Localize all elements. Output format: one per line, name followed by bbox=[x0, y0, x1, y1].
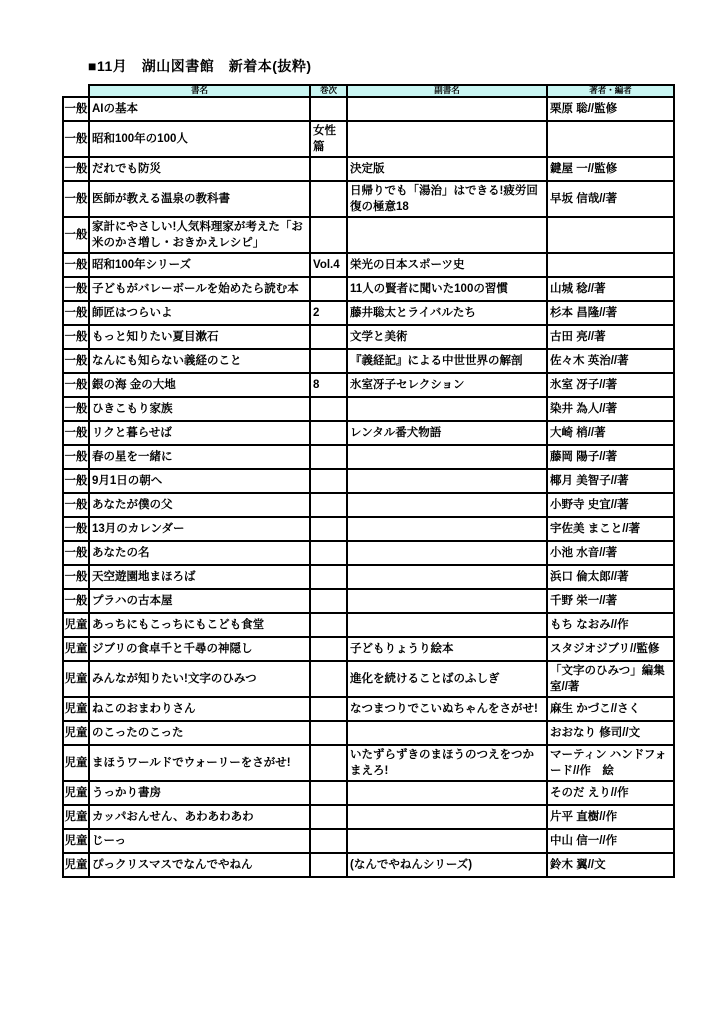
cell-title: まほうワールドでウォーリーをさがせ! bbox=[89, 745, 310, 781]
cell-category: 児童 bbox=[63, 697, 89, 721]
cell-category: 一般 bbox=[63, 349, 89, 373]
cell-title: AIの基本 bbox=[89, 97, 310, 121]
cell-subtitle bbox=[347, 217, 547, 253]
table-row: 一般もっと知りたい夏目漱石文学と美術古田 亮//著 bbox=[63, 325, 674, 349]
cell-volume bbox=[310, 277, 347, 301]
cell-subtitle bbox=[347, 397, 547, 421]
cell-volume: 女性篇 bbox=[310, 121, 347, 157]
table-row: 一般リクと暮らせばレンタル番犬物語大崎 梢//著 bbox=[63, 421, 674, 445]
table-row: 一般AIの基本栗原 聡//監修 bbox=[63, 97, 674, 121]
cell-author: 小池 水音//著 bbox=[547, 541, 674, 565]
cell-volume bbox=[310, 697, 347, 721]
cell-author bbox=[547, 121, 674, 157]
cell-category: 児童 bbox=[63, 721, 89, 745]
cell-category: 一般 bbox=[63, 373, 89, 397]
cell-category: 一般 bbox=[63, 157, 89, 181]
new-arrivals-table: 書名 巻次 副書名 著者・編者 一般AIの基本栗原 聡//監修一般昭和100年の… bbox=[62, 84, 675, 878]
cell-author: 藤岡 陽子//著 bbox=[547, 445, 674, 469]
cell-title: 昭和100年シリーズ bbox=[89, 253, 310, 277]
header-cell-title: 書名 bbox=[89, 85, 310, 97]
cell-category: 児童 bbox=[63, 745, 89, 781]
table-row: 一般春の星を一緒に藤岡 陽子//著 bbox=[63, 445, 674, 469]
cell-volume bbox=[310, 493, 347, 517]
table-row: 一般銀の海 金の大地8氷室冴子セレクション氷室 冴子//著 bbox=[63, 373, 674, 397]
cell-title: もっと知りたい夏目漱石 bbox=[89, 325, 310, 349]
cell-title: 春の星を一緒に bbox=[89, 445, 310, 469]
cell-author: 早坂 信哉//著 bbox=[547, 181, 674, 217]
cell-volume bbox=[310, 637, 347, 661]
cell-category: 一般 bbox=[63, 493, 89, 517]
cell-title: 銀の海 金の大地 bbox=[89, 373, 310, 397]
cell-title: みんなが知りたい!文字のひみつ bbox=[89, 661, 310, 697]
cell-title: 師匠はつらいよ bbox=[89, 301, 310, 325]
cell-subtitle bbox=[347, 565, 547, 589]
cell-volume bbox=[310, 613, 347, 637]
cell-title: カッパおんせん、あわあわあわ bbox=[89, 805, 310, 829]
cell-title: 医師が教える温泉の教科書 bbox=[89, 181, 310, 217]
cell-subtitle bbox=[347, 97, 547, 121]
cell-title: 13月のカレンダー bbox=[89, 517, 310, 541]
cell-title: 天空遊園地まほろば bbox=[89, 565, 310, 589]
cell-subtitle: 決定版 bbox=[347, 157, 547, 181]
cell-subtitle bbox=[347, 721, 547, 745]
table-row: 一般家計にやさしい!人気料理家が考えた「お米のかさ増し・おきかえレシピ」 bbox=[63, 217, 674, 253]
cell-author: 千野 栄一//著 bbox=[547, 589, 674, 613]
cell-author bbox=[547, 217, 674, 253]
cell-title: ジブリの食卓千と千尋の神隠し bbox=[89, 637, 310, 661]
table-row: 児童ジブリの食卓千と千尋の神隠し子どもりょうり絵本スタジオジブリ//監修 bbox=[63, 637, 674, 661]
cell-title: だれでも防災 bbox=[89, 157, 310, 181]
cell-author: そのだ えり//作 bbox=[547, 781, 674, 805]
cell-volume bbox=[310, 541, 347, 565]
cell-category: 児童 bbox=[63, 805, 89, 829]
cell-author: 「文字のひみつ」編集室//著 bbox=[547, 661, 674, 697]
table-row: 児童うっかり書房そのだ えり//作 bbox=[63, 781, 674, 805]
table-row: 児童あっちにもこっちにもこども食堂もち なおみ//作 bbox=[63, 613, 674, 637]
table-row: 児童カッパおんせん、あわあわあわ片平 直樹//作 bbox=[63, 805, 674, 829]
cell-title: うっかり書房 bbox=[89, 781, 310, 805]
cell-volume: 2 bbox=[310, 301, 347, 325]
cell-volume bbox=[310, 217, 347, 253]
table-header-row: 書名 巻次 副書名 著者・編者 bbox=[63, 85, 674, 97]
cell-volume: Vol.4 bbox=[310, 253, 347, 277]
cell-subtitle bbox=[347, 781, 547, 805]
cell-category: 一般 bbox=[63, 277, 89, 301]
header-cell-subtitle: 副書名 bbox=[347, 85, 547, 97]
cell-category: 一般 bbox=[63, 121, 89, 157]
table-row: 一般だれでも防災決定版鍵屋 一//監修 bbox=[63, 157, 674, 181]
cell-volume bbox=[310, 97, 347, 121]
cell-volume bbox=[310, 445, 347, 469]
cell-subtitle: 氷室冴子セレクション bbox=[347, 373, 547, 397]
cell-title: のこったのこった bbox=[89, 721, 310, 745]
table-row: 一般師匠はつらいよ2藤井聡太とライバルたち杉本 昌隆//著 bbox=[63, 301, 674, 325]
cell-subtitle bbox=[347, 613, 547, 637]
cell-volume bbox=[310, 745, 347, 781]
cell-author: 鈴木 翼//文 bbox=[547, 853, 674, 877]
cell-author: 麻生 かづこ//さく bbox=[547, 697, 674, 721]
cell-category: 一般 bbox=[63, 421, 89, 445]
cell-author: 鍵屋 一//監修 bbox=[547, 157, 674, 181]
cell-volume bbox=[310, 349, 347, 373]
cell-subtitle: いたずらずきのまほうのつえをつかまえろ! bbox=[347, 745, 547, 781]
table-row: 一般天空遊園地まほろば浜口 倫太郎//著 bbox=[63, 565, 674, 589]
cell-volume bbox=[310, 565, 347, 589]
cell-author: 片平 直樹//作 bbox=[547, 805, 674, 829]
cell-title: ひきこもり家族 bbox=[89, 397, 310, 421]
cell-subtitle: 『義経記』による中世世界の解剖 bbox=[347, 349, 547, 373]
cell-author: 栗原 聡//監修 bbox=[547, 97, 674, 121]
table-row: 児童のこったのこったおおなり 修司//文 bbox=[63, 721, 674, 745]
table-row: 一般13月のカレンダー宇佐美 まこと//著 bbox=[63, 517, 674, 541]
page-title: ■11月 湖山図書館 新着本(抜粋) bbox=[88, 56, 312, 76]
cell-volume bbox=[310, 157, 347, 181]
cell-volume bbox=[310, 853, 347, 877]
cell-category: 一般 bbox=[63, 589, 89, 613]
cell-subtitle: 藤井聡太とライバルたち bbox=[347, 301, 547, 325]
table-row: 一般昭和100年の100人女性篇 bbox=[63, 121, 674, 157]
header-cell-author: 著者・編者 bbox=[547, 85, 674, 97]
cell-category: 児童 bbox=[63, 853, 89, 877]
cell-author: 氷室 冴子//著 bbox=[547, 373, 674, 397]
header-cell-volume: 巻次 bbox=[310, 85, 347, 97]
cell-title: 9月1日の朝へ bbox=[89, 469, 310, 493]
cell-subtitle bbox=[347, 589, 547, 613]
cell-author: 小野寺 史宜//著 bbox=[547, 493, 674, 517]
cell-title: あっちにもこっちにもこども食堂 bbox=[89, 613, 310, 637]
cell-author: マーティン ハンドフォード//作 絵 bbox=[547, 745, 674, 781]
cell-category: 児童 bbox=[63, 661, 89, 697]
cell-subtitle: 日帰りでも「湯治」はできる!疲労回復の極意18 bbox=[347, 181, 547, 217]
table-row: 一般あなたが僕の父小野寺 史宜//著 bbox=[63, 493, 674, 517]
cell-category: 一般 bbox=[63, 445, 89, 469]
cell-subtitle: (なんでやねんシリーズ) bbox=[347, 853, 547, 877]
cell-title: 家計にやさしい!人気料理家が考えた「お米のかさ増し・おきかえレシピ」 bbox=[89, 217, 310, 253]
cell-title: ねこのおまわりさん bbox=[89, 697, 310, 721]
cell-title: あなたの名 bbox=[89, 541, 310, 565]
cell-title: プラハの古本屋 bbox=[89, 589, 310, 613]
cell-category: 児童 bbox=[63, 829, 89, 853]
table-row: 一般9月1日の朝へ椰月 美智子//著 bbox=[63, 469, 674, 493]
cell-volume bbox=[310, 805, 347, 829]
cell-volume bbox=[310, 181, 347, 217]
cell-author: 染井 為人//著 bbox=[547, 397, 674, 421]
cell-subtitle bbox=[347, 445, 547, 469]
cell-author: 大崎 梢//著 bbox=[547, 421, 674, 445]
cell-volume: 8 bbox=[310, 373, 347, 397]
table-row: 一般あなたの名小池 水音//著 bbox=[63, 541, 674, 565]
cell-category: 一般 bbox=[63, 541, 89, 565]
table-row: 一般昭和100年シリーズVol.4栄光の日本スポーツ史 bbox=[63, 253, 674, 277]
cell-subtitle bbox=[347, 469, 547, 493]
cell-category: 一般 bbox=[63, 565, 89, 589]
cell-subtitle: 進化を続けることばのふしぎ bbox=[347, 661, 547, 697]
cell-author: 浜口 倫太郎//著 bbox=[547, 565, 674, 589]
cell-subtitle bbox=[347, 493, 547, 517]
table-row: 児童ぴっクリスマスでなんでやねん(なんでやねんシリーズ)鈴木 翼//文 bbox=[63, 853, 674, 877]
cell-category: 児童 bbox=[63, 781, 89, 805]
cell-title: 子どもがバレーボールを始めたら読む本 bbox=[89, 277, 310, 301]
cell-author bbox=[547, 253, 674, 277]
cell-category: 一般 bbox=[63, 517, 89, 541]
cell-category: 一般 bbox=[63, 397, 89, 421]
cell-title: ぴっクリスマスでなんでやねん bbox=[89, 853, 310, 877]
table-row: 児童まほうワールドでウォーリーをさがせ!いたずらずきのまほうのつえをつかまえろ!… bbox=[63, 745, 674, 781]
table-body: 一般AIの基本栗原 聡//監修一般昭和100年の100人女性篇一般だれでも防災決… bbox=[63, 97, 674, 877]
cell-category: 一般 bbox=[63, 325, 89, 349]
cell-subtitle bbox=[347, 121, 547, 157]
cell-category: 児童 bbox=[63, 637, 89, 661]
cell-author: スタジオジブリ//監修 bbox=[547, 637, 674, 661]
cell-author: 佐々木 英治//著 bbox=[547, 349, 674, 373]
cell-volume bbox=[310, 781, 347, 805]
cell-title: なんにも知らない義経のこと bbox=[89, 349, 310, 373]
cell-category: 一般 bbox=[63, 469, 89, 493]
cell-title: 昭和100年の100人 bbox=[89, 121, 310, 157]
table-row: 児童ねこのおまわりさんなつまつりでこいぬちゃんをさがせ!麻生 かづこ//さく bbox=[63, 697, 674, 721]
cell-volume bbox=[310, 829, 347, 853]
cell-title: じーっ bbox=[89, 829, 310, 853]
cell-title: あなたが僕の父 bbox=[89, 493, 310, 517]
table-row: 一般ひきこもり家族染井 為人//著 bbox=[63, 397, 674, 421]
document-page: ■11月 湖山図書館 新着本(抜粋) 書名 巻次 副書名 著者・編者 一般AIの… bbox=[0, 0, 724, 1024]
cell-category: 一般 bbox=[63, 217, 89, 253]
cell-volume bbox=[310, 661, 347, 697]
cell-author: 杉本 昌隆//著 bbox=[547, 301, 674, 325]
table-row: 一般プラハの古本屋千野 栄一//著 bbox=[63, 589, 674, 613]
cell-volume bbox=[310, 721, 347, 745]
cell-author: おおなり 修司//文 bbox=[547, 721, 674, 745]
cell-subtitle: 栄光の日本スポーツ史 bbox=[347, 253, 547, 277]
table-row: 児童じーっ中山 信一//作 bbox=[63, 829, 674, 853]
cell-category: 一般 bbox=[63, 301, 89, 325]
cell-category: 一般 bbox=[63, 181, 89, 217]
cell-volume bbox=[310, 421, 347, 445]
cell-subtitle: 11人の賢者に聞いた100の習慣 bbox=[347, 277, 547, 301]
cell-volume bbox=[310, 325, 347, 349]
cell-author: 古田 亮//著 bbox=[547, 325, 674, 349]
cell-title: リクと暮らせば bbox=[89, 421, 310, 445]
cell-subtitle: レンタル番犬物語 bbox=[347, 421, 547, 445]
cell-author: 椰月 美智子//著 bbox=[547, 469, 674, 493]
cell-volume bbox=[310, 397, 347, 421]
cell-category: 一般 bbox=[63, 97, 89, 121]
cell-volume bbox=[310, 469, 347, 493]
cell-subtitle: 文学と美術 bbox=[347, 325, 547, 349]
cell-subtitle bbox=[347, 517, 547, 541]
cell-author: 宇佐美 まこと//著 bbox=[547, 517, 674, 541]
table-row: 一般医師が教える温泉の教科書日帰りでも「湯治」はできる!疲労回復の極意18早坂 … bbox=[63, 181, 674, 217]
cell-subtitle bbox=[347, 541, 547, 565]
table-row: 一般子どもがバレーボールを始めたら読む本11人の賢者に聞いた100の習慣山城 稔… bbox=[63, 277, 674, 301]
cell-author: もち なおみ//作 bbox=[547, 613, 674, 637]
cell-category: 一般 bbox=[63, 253, 89, 277]
cell-volume bbox=[310, 589, 347, 613]
table-row: 児童みんなが知りたい!文字のひみつ進化を続けることばのふしぎ「文字のひみつ」編集… bbox=[63, 661, 674, 697]
cell-subtitle bbox=[347, 805, 547, 829]
cell-category: 児童 bbox=[63, 613, 89, 637]
cell-subtitle bbox=[347, 829, 547, 853]
cell-volume bbox=[310, 517, 347, 541]
cell-author: 中山 信一//作 bbox=[547, 829, 674, 853]
cell-author: 山城 稔//著 bbox=[547, 277, 674, 301]
cell-subtitle: 子どもりょうり絵本 bbox=[347, 637, 547, 661]
cell-subtitle: なつまつりでこいぬちゃんをさがせ! bbox=[347, 697, 547, 721]
table-row: 一般なんにも知らない義経のこと『義経記』による中世世界の解剖佐々木 英治//著 bbox=[63, 349, 674, 373]
header-cell-category-blank bbox=[63, 85, 89, 97]
